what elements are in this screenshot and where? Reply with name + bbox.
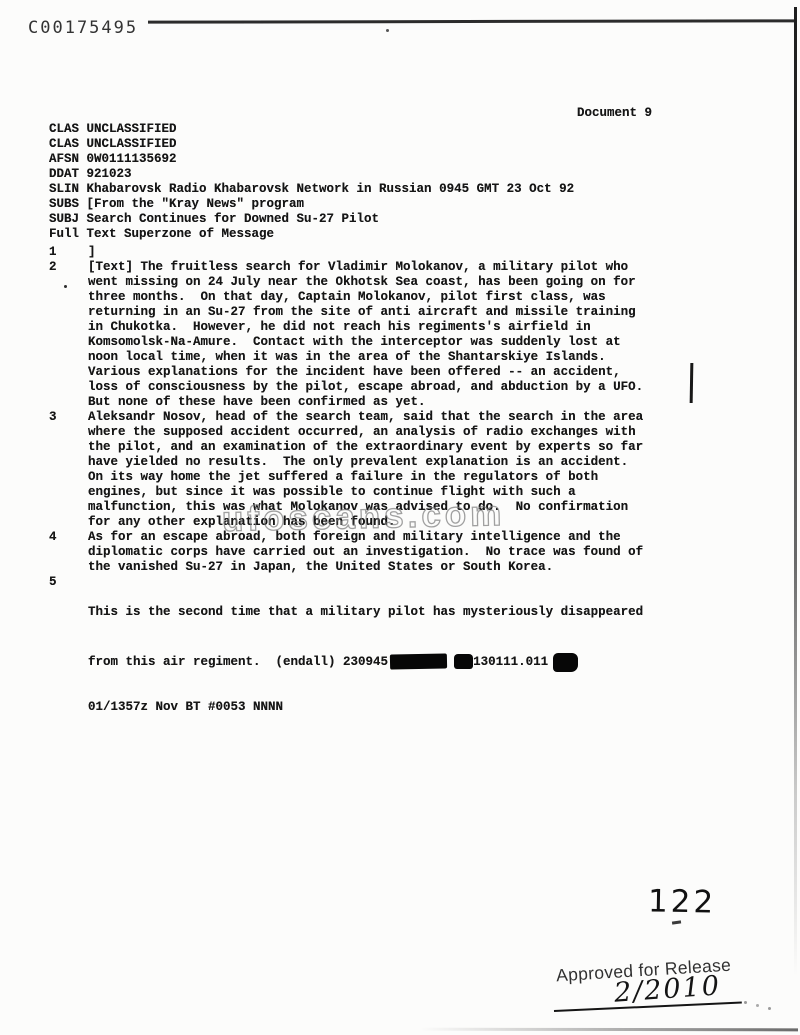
redaction-bar <box>553 653 578 672</box>
paragraph-number: 4 <box>49 530 88 545</box>
handwritten-dash <box>672 920 681 924</box>
paragraph-4: 4 As for an escape abroad, both foreign … <box>49 530 643 575</box>
paragraph-5-line-2: from this air regiment. (endall) 2309451… <box>88 650 643 670</box>
handwritten-page-number: 122 <box>648 883 717 920</box>
document-number-label: Document 9 <box>577 106 652 120</box>
message-header-block: CLAS UNCLASSIFIED CLAS UNCLASSIFIED AFSN… <box>49 122 574 242</box>
redaction-bar <box>454 654 473 669</box>
scanned-document-page: C00175495 Document 9 CLAS UNCLASSIFIED C… <box>0 0 800 1035</box>
paragraph-2: 2 [Text] The fruitless search for Vladim… <box>49 260 643 410</box>
paragraph-text: As for an escape abroad, both foreign an… <box>88 530 643 575</box>
bottom-edge-line <box>420 1028 798 1031</box>
paragraph-5-line-1: This is the second time that a military … <box>88 605 643 620</box>
paragraph-number: 2 <box>49 260 88 275</box>
margin-change-bar <box>690 363 694 403</box>
paragraph-5: 5 This is the second time that a militar… <box>49 575 643 745</box>
paragraph-text: [Text] The fruitless search for Vladimir… <box>88 260 643 410</box>
paragraph-text: This is the second time that a military … <box>88 575 643 745</box>
paragraph-5-line-2-text: 130111.011 <box>473 655 548 669</box>
right-page-edge-line <box>794 7 797 1017</box>
paragraph-5-line-2-text: from this air regiment. (endall) 230945 <box>88 655 388 669</box>
paragraph-1: 1 ] <box>49 245 643 260</box>
paragraph-5-line-3: 01/1357z Nov BT #0053 NNNN <box>88 700 643 715</box>
paragraph-number: 3 <box>49 410 88 425</box>
ink-speck <box>386 29 389 32</box>
paragraph-text: ] <box>88 245 96 260</box>
document-scan-id: C00175495 <box>28 18 138 38</box>
paragraph-number: 5 <box>49 575 88 590</box>
top-edge-line <box>148 19 796 23</box>
redaction-bar <box>390 653 447 669</box>
paragraph-number: 1 <box>49 245 88 260</box>
paragraph-3: 3 Aleksandr Nosov, head of the search te… <box>49 410 643 530</box>
ink-speck <box>744 1001 747 1004</box>
paragraph-text: Aleksandr Nosov, head of the search team… <box>88 410 643 530</box>
message-body: 1 ] 2 [Text] The fruitless search for Vl… <box>49 245 643 745</box>
